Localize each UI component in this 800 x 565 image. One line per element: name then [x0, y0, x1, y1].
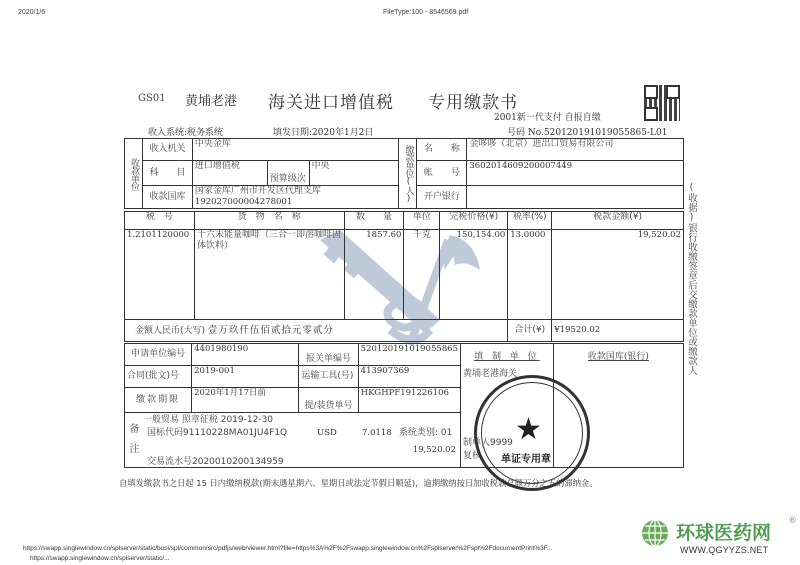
contract-label: 合同(批文)号	[125, 366, 192, 388]
subject-label: 科 目	[142, 161, 192, 186]
payer-name-value: 金哆哆（北京）进出口贸易有限公司	[467, 139, 684, 161]
totals-row: 金额人民币(大写) 壹万玖仟伍佰贰拾元零贰分 合计(¥) ¥19520.02	[125, 320, 684, 342]
footer-note: 自填发缴款书之日起 15 日内缴纳税款(期末遇星期六、星期日或法定节假日顺延)，…	[119, 477, 598, 489]
payee-payer-table: 收款单位 收入机关 中央金库 缴款单位(人) 名 称 金哆哆（北京）进出口贸易有…	[124, 138, 684, 209]
contract-value: 2019-001	[192, 366, 299, 388]
issuer-label: 填 制 单 位	[463, 352, 551, 363]
treasury-bank-label: 收款国库(银行)	[556, 352, 681, 363]
port-name: 黄埔老港	[185, 90, 237, 109]
cell-tax-amount: 19,520.02	[552, 230, 684, 320]
income-system: 收入系统:税务系统	[148, 125, 223, 138]
amount-words-value: 壹万玖仟伍佰贰拾元零贰分	[208, 325, 334, 336]
site-logo-url: WWW.QGYYZS.NET	[680, 545, 768, 555]
issue-date: 填发日期:2020年1月2日	[273, 125, 373, 138]
globe-icon	[640, 518, 670, 548]
col-tax-no: 税 号	[125, 212, 195, 230]
table-row: 1.2101120000 十六未能量咖啡（三合一即溶咖啡固体饮料） 1857.6…	[125, 230, 684, 320]
transport-value: 413907369	[358, 366, 460, 388]
customs-stamp: ★ 单证专用章	[474, 375, 590, 491]
subject-value: 进口增值税	[192, 161, 267, 186]
cell-unit: 千克	[404, 230, 440, 320]
form-title-main: 海关进口增值税	[268, 88, 394, 113]
transport-label: 运输工具(号)	[299, 366, 358, 388]
cell-tax-rate: 13.0000	[508, 230, 552, 320]
bill-value: HKGHPF191226106	[358, 388, 460, 413]
remarks-transaction-no: 交易流水号2020010200134959	[147, 457, 284, 468]
declaration-no-value: 520120191019055865	[358, 344, 460, 366]
bank-value	[467, 186, 684, 209]
remarks-exchange-rate: 7.0118	[362, 428, 392, 439]
issue-date-value: 2020年1月2日	[312, 128, 373, 138]
budget-level-label: 预算级次	[267, 161, 309, 186]
cell-goods-name: 十六未能量咖啡（三合一即溶咖啡固体饮料）	[194, 230, 344, 320]
cell-dutiable-price: 150,154.00	[440, 230, 508, 320]
cell-tax-no: 1.2101120000	[125, 230, 195, 320]
bill-label: 提/装货单号	[299, 388, 358, 413]
income-system-value: 税务系统	[187, 128, 223, 138]
cell-quantity: 1857.60	[344, 230, 404, 320]
applicant-no-label: 申请单位编号	[125, 344, 192, 366]
form-number-value: No.520120191019055865-L01	[528, 128, 668, 138]
form-number-label: 号码	[507, 128, 525, 138]
income-system-label: 收入系统:	[148, 128, 187, 138]
bank-label: 开户银行	[417, 186, 467, 209]
goods-header-row: 税 号 货 物 名 称 数 量 单位 完税价格(¥) 税率(%) 税款金额(¥)	[125, 212, 684, 230]
authority-value: 中央金库	[192, 139, 399, 161]
print-filename: FileType:100 - 8546569.pdf	[383, 9, 468, 16]
site-logo-name: 环球医药网	[676, 518, 771, 545]
stamp-text: 单证专用章	[501, 450, 551, 465]
treasury-label: 收款国库	[142, 186, 192, 209]
col-tax-rate: 税率(%)	[508, 212, 552, 230]
deadline-value: 2020年1月17日前	[192, 388, 299, 413]
payment-mode: 2001新一代支付 自报自缴	[494, 110, 601, 123]
col-goods-name: 货 物 名 称	[194, 212, 344, 230]
side-note: (收据)银行收缴签章后交缴款单位或缴款人	[684, 182, 698, 375]
details-table: 申请单位编号 4401980190 报关单编号 5201201910190558…	[124, 343, 684, 468]
col-tax-amount: 税款金额(¥)	[552, 212, 684, 230]
authority-label: 收入机关	[142, 139, 192, 161]
deadline-label: 缴款期限	[125, 388, 192, 413]
site-watermark: 环球医药网 ® WWW.QGYYZS.NET	[640, 516, 800, 564]
remarks-line1: 一般贸易 照章征税 2019-12-30	[143, 415, 273, 426]
remarks-amount: 19,520.02	[413, 445, 456, 456]
total-value: ¥19520.02	[552, 320, 684, 342]
declaration-no-label: 报关单编号	[299, 344, 358, 366]
payer-group-label: 缴款单位(人)	[399, 139, 417, 209]
goods-table: 税 号 货 物 名 称 数 量 单位 完税价格(¥) 税率(%) 税款金额(¥)…	[124, 211, 684, 342]
form-code: GS01	[138, 93, 166, 104]
url-line-2[interactable]: https://swapp.singlewindow.cn/splserver/…	[30, 555, 169, 562]
amount-words: 金额人民币(大写) 壹万玖仟伍佰贰拾元零贰分	[125, 320, 508, 342]
amount-words-label: 金额人民币(大写)	[135, 326, 205, 336]
form-number: 号码 No.520120191019055865-L01	[507, 125, 667, 138]
col-dutiable-price: 完税价格(¥)	[440, 212, 508, 230]
treasury-name: 国家金库广州市开发区代理支库	[195, 186, 397, 197]
star-icon: ★	[515, 412, 542, 447]
remarks-system-type: 系统类别: 01	[399, 428, 452, 439]
issue-date-label: 填发日期:	[273, 128, 312, 138]
applicant-no-value: 4401980190	[192, 344, 299, 366]
registered-mark: ®	[788, 516, 797, 526]
budget-level-value: 中央	[309, 161, 399, 186]
url-line-1[interactable]: https://swapp.singlewindow.cn/splserver/…	[23, 545, 623, 552]
col-quantity: 数 量	[344, 212, 404, 230]
treasury-code: 192027000004278001	[195, 197, 397, 208]
payer-name-label: 名 称	[417, 139, 467, 161]
account-value: 3602014609200007449	[467, 161, 684, 186]
account-label: 帐 号	[417, 161, 467, 186]
remarks-code: 国标代码91110228MA01JU4F1Q	[147, 428, 287, 439]
print-date: 2020/1/6	[18, 9, 45, 16]
col-unit: 单位	[404, 212, 440, 230]
remarks-cell: 备注 一般贸易 照章征税 2019-12-30 国标代码91110228MA01…	[125, 413, 461, 468]
treasury-value: 国家金库广州市开发区代理支库 192027000004278001	[192, 186, 399, 209]
remarks-currency: USD	[317, 428, 337, 439]
total-label: 合计(¥)	[508, 320, 552, 342]
payee-group-label: 收款单位	[125, 139, 143, 209]
remarks-label: 备注	[127, 423, 138, 463]
qr-code	[644, 85, 680, 121]
